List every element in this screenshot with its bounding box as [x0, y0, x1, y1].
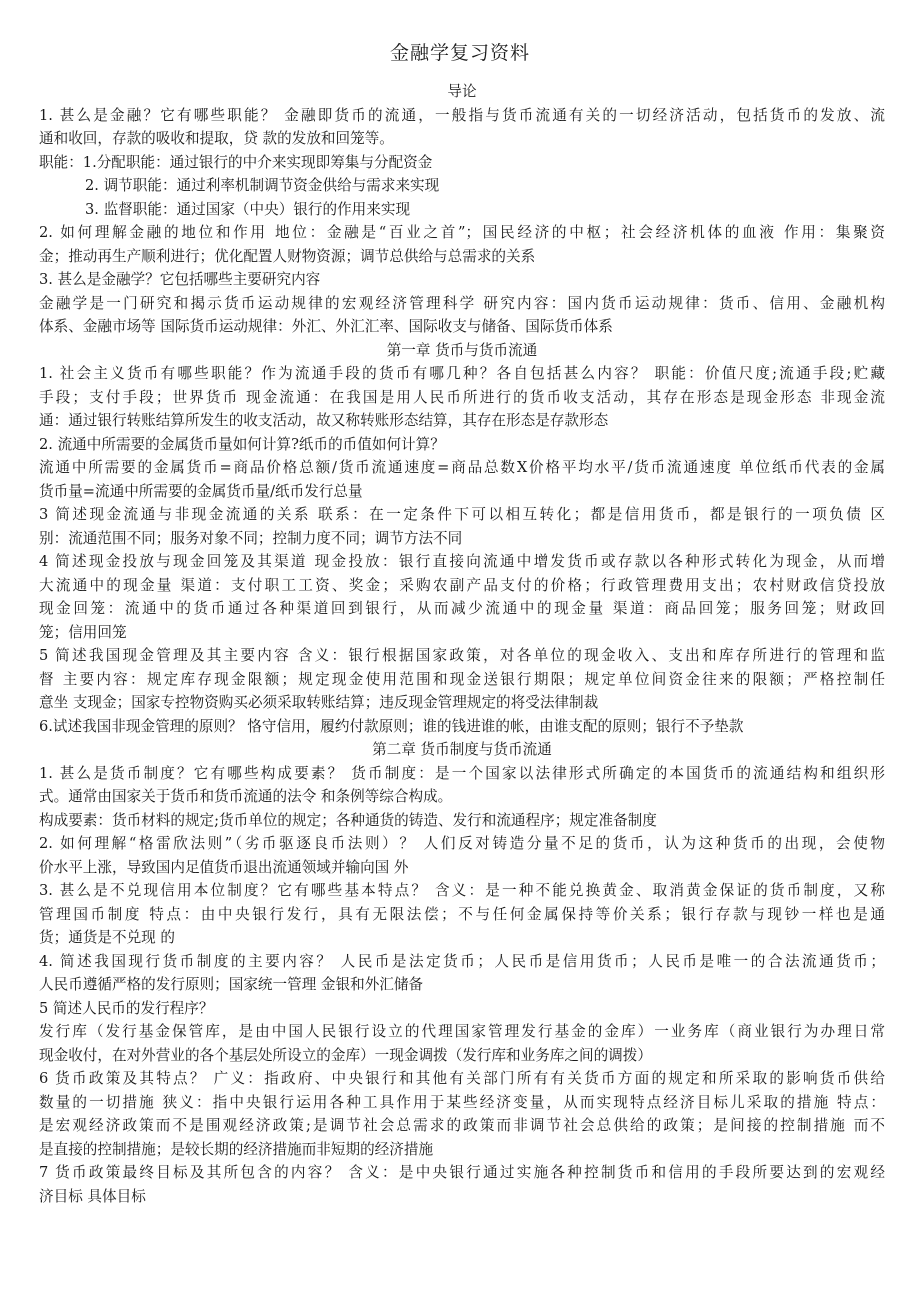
text-line: 3. 监督职能：通过国家（中央）银行的作用来实现	[39, 198, 885, 222]
text-line: 6 货币政策及其特点？ 广义：指政府、中央银行和其他有关部门所有有关货币方面的规…	[39, 1067, 885, 1091]
text-line: 管理国币制度 特点：由中央银行发行，具有无限法偿；不与任何金属保持等价关系；银行…	[39, 903, 885, 927]
text-line: 6.试述我国非现金管理的原则？ 恪守信用，履约付款原则；谁的钱进谁的帐，由谁支配…	[39, 715, 885, 739]
text-line: 流通中所需要的金属货币=商品价格总额/货币流通速度=商品总数X价格平均水平/货币…	[39, 456, 885, 480]
text-line: 意坐 支现金；国家专控物资购买必须采取转账结算；违反现金管理规定的将受法律制裁	[39, 691, 885, 715]
text-line: 2. 如何理解金融的地位和作用 地位：金融是“百业之首”；国民经济的中枢；社会经…	[39, 221, 885, 245]
text-line: 督 主要内容：规定库存现金限额；规定现金使用范围和现金送银行期限；规定单位间资金…	[39, 668, 885, 692]
section-heading: 导论	[39, 80, 885, 104]
text-line: 构成要素：货币材料的规定;货币单位的规定；各种通货的铸造、发行和流通程序；规定准…	[39, 809, 885, 833]
text-line: 现金收付，在对外营业的各个基层处所设立的金库）一现金调拨（发行库和业务库之间的调…	[39, 1044, 885, 1068]
text-line: 人民币遵循严格的发行原则；国家统一管理 金银和外汇储备	[39, 973, 885, 997]
text-line: 体系、金融市场等 国际货币运动规律：外汇、外汇汇率、国际收支与储备、国际货币体系	[39, 315, 885, 339]
text-line: 数量的一切措施 狭义：指中央银行运用各种工具作用于某些经济变量，从而实现特点经济…	[39, 1091, 885, 1115]
text-line: 金；推动再生产顺利进行；优化配置人财物资源；调节总供给与总需求的关系	[39, 245, 885, 269]
section-heading: 第一章 货币与货币流通	[39, 339, 885, 363]
text-line: 职能：1.分配职能：通过银行的中介来实现即筹集与分配资金	[39, 151, 885, 175]
text-line: 2. 流通中所需要的金属货币量如何计算?纸币的币值如何计算？	[39, 433, 885, 457]
text-line: 货币量=流通中所需要的金属货币量/纸币发行总量	[39, 480, 885, 504]
text-line: 3 简述现金流通与非现金流通的关系 联系：在一定条件下可以相互转化；都是信用货币…	[39, 503, 885, 527]
text-line: 2. 调节职能：通过利率机制调节资金供给与需求来实现	[39, 174, 885, 198]
text-line: 2. 如何理解“格雷欣法则”（劣币驱逐良币法则）？ 人们反对铸造分量不足的货币，…	[39, 832, 885, 856]
text-line: 别：流通范围不同；服务对象不同；控制力度不同；调节方法不同	[39, 527, 885, 551]
text-line: 4 简述现金投放与现金回笼及其渠道 现金投放：银行直接向流通中增发货币或存款以各…	[39, 550, 885, 574]
text-line: 4. 简述我国现行货币制度的主要内容？ 人民币是法定货币；人民币是信用货币；人民…	[39, 950, 885, 974]
text-line: 式。通常由国家关于货币和货币流通的法令 和条例等综合构成。	[39, 785, 885, 809]
document-body: 导论1. 甚么是金融？它有哪些职能？ 金融即货币的流通，一般指与货币流通有关的一…	[39, 80, 885, 1208]
text-line: 济目标 具体目标	[39, 1185, 885, 1209]
text-line: 价水平上涨，导致国内足值货币退出流通领域并输向国 外	[39, 856, 885, 880]
text-line: 是直接的控制措施；是较长期的经济措施而非短期的经济措施	[39, 1138, 885, 1162]
text-line: 手段；支付手段；世界货币 现金流通：在我国是用人民币所进行的货币收支活动，其存在…	[39, 386, 885, 410]
text-line: 笼；信用回笼	[39, 621, 885, 645]
text-line: 1. 甚么是金融？它有哪些职能？ 金融即货币的流通，一般指与货币流通有关的一切经…	[39, 104, 885, 128]
section-heading: 第二章 货币制度与货币流通	[39, 738, 885, 762]
text-line: 1. 社会主义货币有哪些职能？作为流通手段的货币有哪几种？各自包括甚么内容？ 职…	[39, 362, 885, 386]
text-line: 通和收回，存款的吸收和提取，贷 款的发放和回笼等。	[39, 127, 885, 151]
text-line: 是宏观经济政策而不是围观经济政策;是调节社会总需求的政策而非调节社会总供给的政策…	[39, 1114, 885, 1138]
text-line: 现金回笼：流通中的货币通过各种渠道回到银行，从而减少流通中的现金量 渠道：商品回…	[39, 597, 885, 621]
text-line: 大流通中的现金量 渠道：支付职工工资、奖金；采购农副产品支付的价格；行政管理费用…	[39, 574, 885, 598]
text-line: 发行库（发行基金保管库，是由中国人民银行设立的代理国家管理发行基金的金库）一业务…	[39, 1020, 885, 1044]
text-line: 7 货币政策最终目标及其所包含的内容？ 含义：是中央银行通过实施各种控制货币和信…	[39, 1161, 885, 1185]
text-line: 3. 甚么是不兑现信用本位制度？它有哪些基本特点？ 含义：是一种不能兑换黄金、取…	[39, 879, 885, 903]
text-line: 5 简述我国现金管理及其主要内容 含义：银行根据国家政策，对各单位的现金收入、支…	[39, 644, 885, 668]
text-line: 金融学是一门研究和揭示货币运动规律的宏观经济管理科学 研究内容：国内货币运动规律…	[39, 292, 885, 316]
text-line: 通：通过银行转账结算所发生的收支活动，故又称转账形态结算，其存在形态是存款形态	[39, 409, 885, 433]
text-line: 货；通货是不兑现 的	[39, 926, 885, 950]
document-title: 金融学复习资料	[0, 38, 920, 65]
text-line: 1. 甚么是货币制度？它有哪些构成要素？ 货币制度：是一个国家以法律形式所确定的…	[39, 762, 885, 786]
text-line: 5 简述人民币的发行程序？	[39, 997, 885, 1021]
text-line: 3. 甚么是金融学？它包括哪些主要研究内容	[39, 268, 885, 292]
